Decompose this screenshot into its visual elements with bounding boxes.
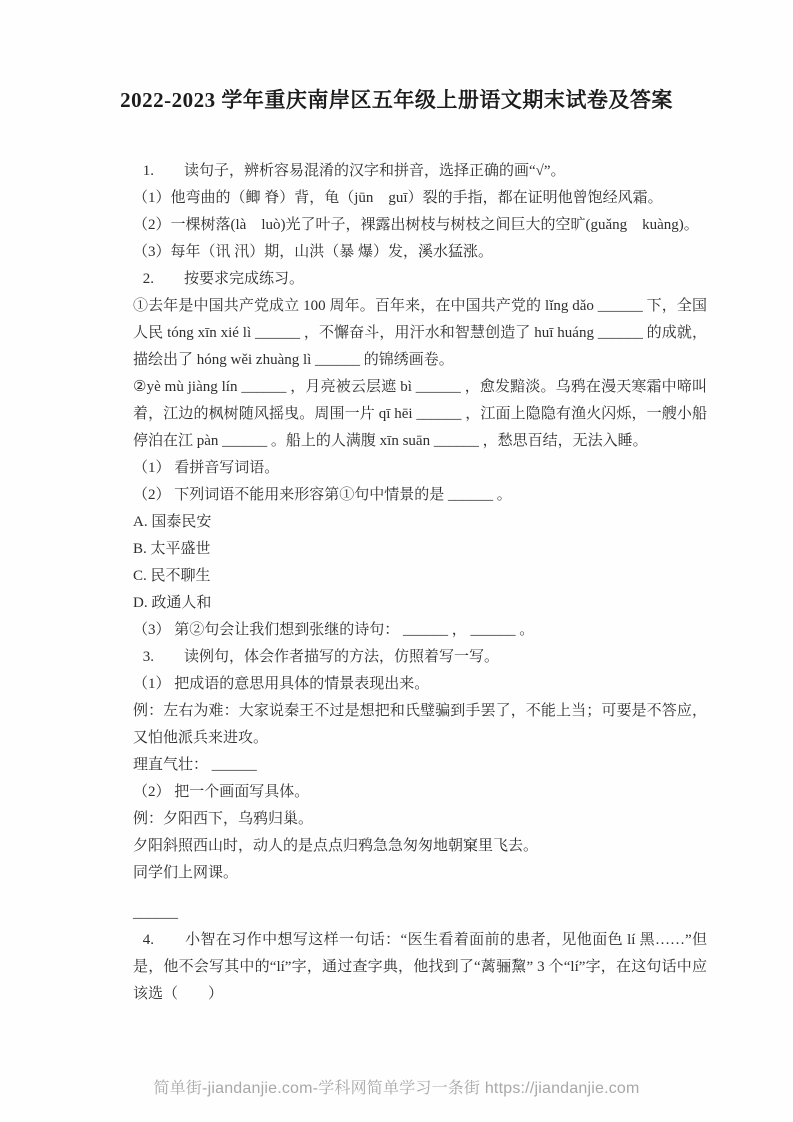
document-paragraph: （3） 第②句会让我们想到张继的诗句： ______ ， ______ 。 [133, 617, 707, 644]
document-paragraph: （1）他弯曲的（鲫 脊）背，龟（jūn guī）裂的手指，都在证明他曾饱经风霜。 [133, 185, 707, 212]
document-paragraph: （2）一棵树落(là luò)光了叶子，裸露出树枝与树枝之间巨大的空旷(guǎn… [133, 212, 707, 239]
document-paragraph: 同学们上网课。 [133, 860, 707, 887]
document-paragraph: 例：夕阳西下，乌鸦归巢。 [133, 806, 707, 833]
document-page: 2022-2023 学年重庆南岸区五年级上册语文期末试卷及答案 1. 读句子，辨… [0, 0, 793, 1122]
footer-watermark: 简单街-jiandanjie.com-学科网简单学习一条街 https://ji… [0, 1075, 793, 1098]
document-paragraph: （1） 把成语的意思用具体的情景表现出来。 [133, 671, 707, 698]
document-paragraph: C. 民不聊生 [133, 563, 707, 590]
document-paragraph: （1） 看拼音写词语。 [133, 455, 707, 482]
document-paragraph: B. 太平盛世 [133, 536, 707, 563]
document-paragraph: ②yè mù jiàng lín ______ ，月亮被云层遮 bì _____… [133, 374, 707, 455]
document-paragraph: （2） 把一个画面写具体。 [133, 779, 707, 806]
document-paragraph: 2. 按要求完成练习。 [133, 266, 707, 293]
document-paragraph: 4. 小智在习作中想写这样一句话：“医生看着面前的患者，见他面色 lí 黑……”… [133, 927, 707, 1008]
document-paragraph: （2） 下列词语不能用来形容第①句中情景的是 ______ 。 [133, 482, 707, 509]
document-paragraph: （3）每年（讯 汛）期，山洪（暴 爆）发，溪水猛涨。 [133, 239, 707, 266]
document-paragraph: 夕阳斜照西山时，动人的是点点归鸦急急匆匆地朝窠里飞去。 [133, 833, 707, 860]
document-paragraph: D. 政通人和 [133, 590, 707, 617]
page-title: 2022-2023 学年重庆南岸区五年级上册语文期末试卷及答案 [0, 0, 793, 114]
document-paragraph: 3. 读例句，体会作者描写的方法，仿照着写一写。 [133, 644, 707, 671]
document-paragraph: A. 国泰民安 [133, 509, 707, 536]
document-paragraph: 1. 读句子，辨析容易混淆的汉字和拼音，选择正确的画“√”。 [133, 158, 707, 185]
document-paragraph: 例：左右为难：大家说秦王不过是想把和氏璧骗到手罢了，不能上当；可要是不答应，又怕… [133, 698, 707, 752]
document-paragraph: ______ [133, 900, 707, 927]
document-paragraph: 理直气壮： ______ [133, 752, 707, 779]
document-content: 1. 读句子，辨析容易混淆的汉字和拼音，选择正确的画“√”。（1）他弯曲的（鲫 … [133, 158, 707, 1008]
document-paragraph: ①去年是中国共产党成立 100 周年。百年来，在中国共产党的 lǐng dǎo … [133, 293, 707, 374]
